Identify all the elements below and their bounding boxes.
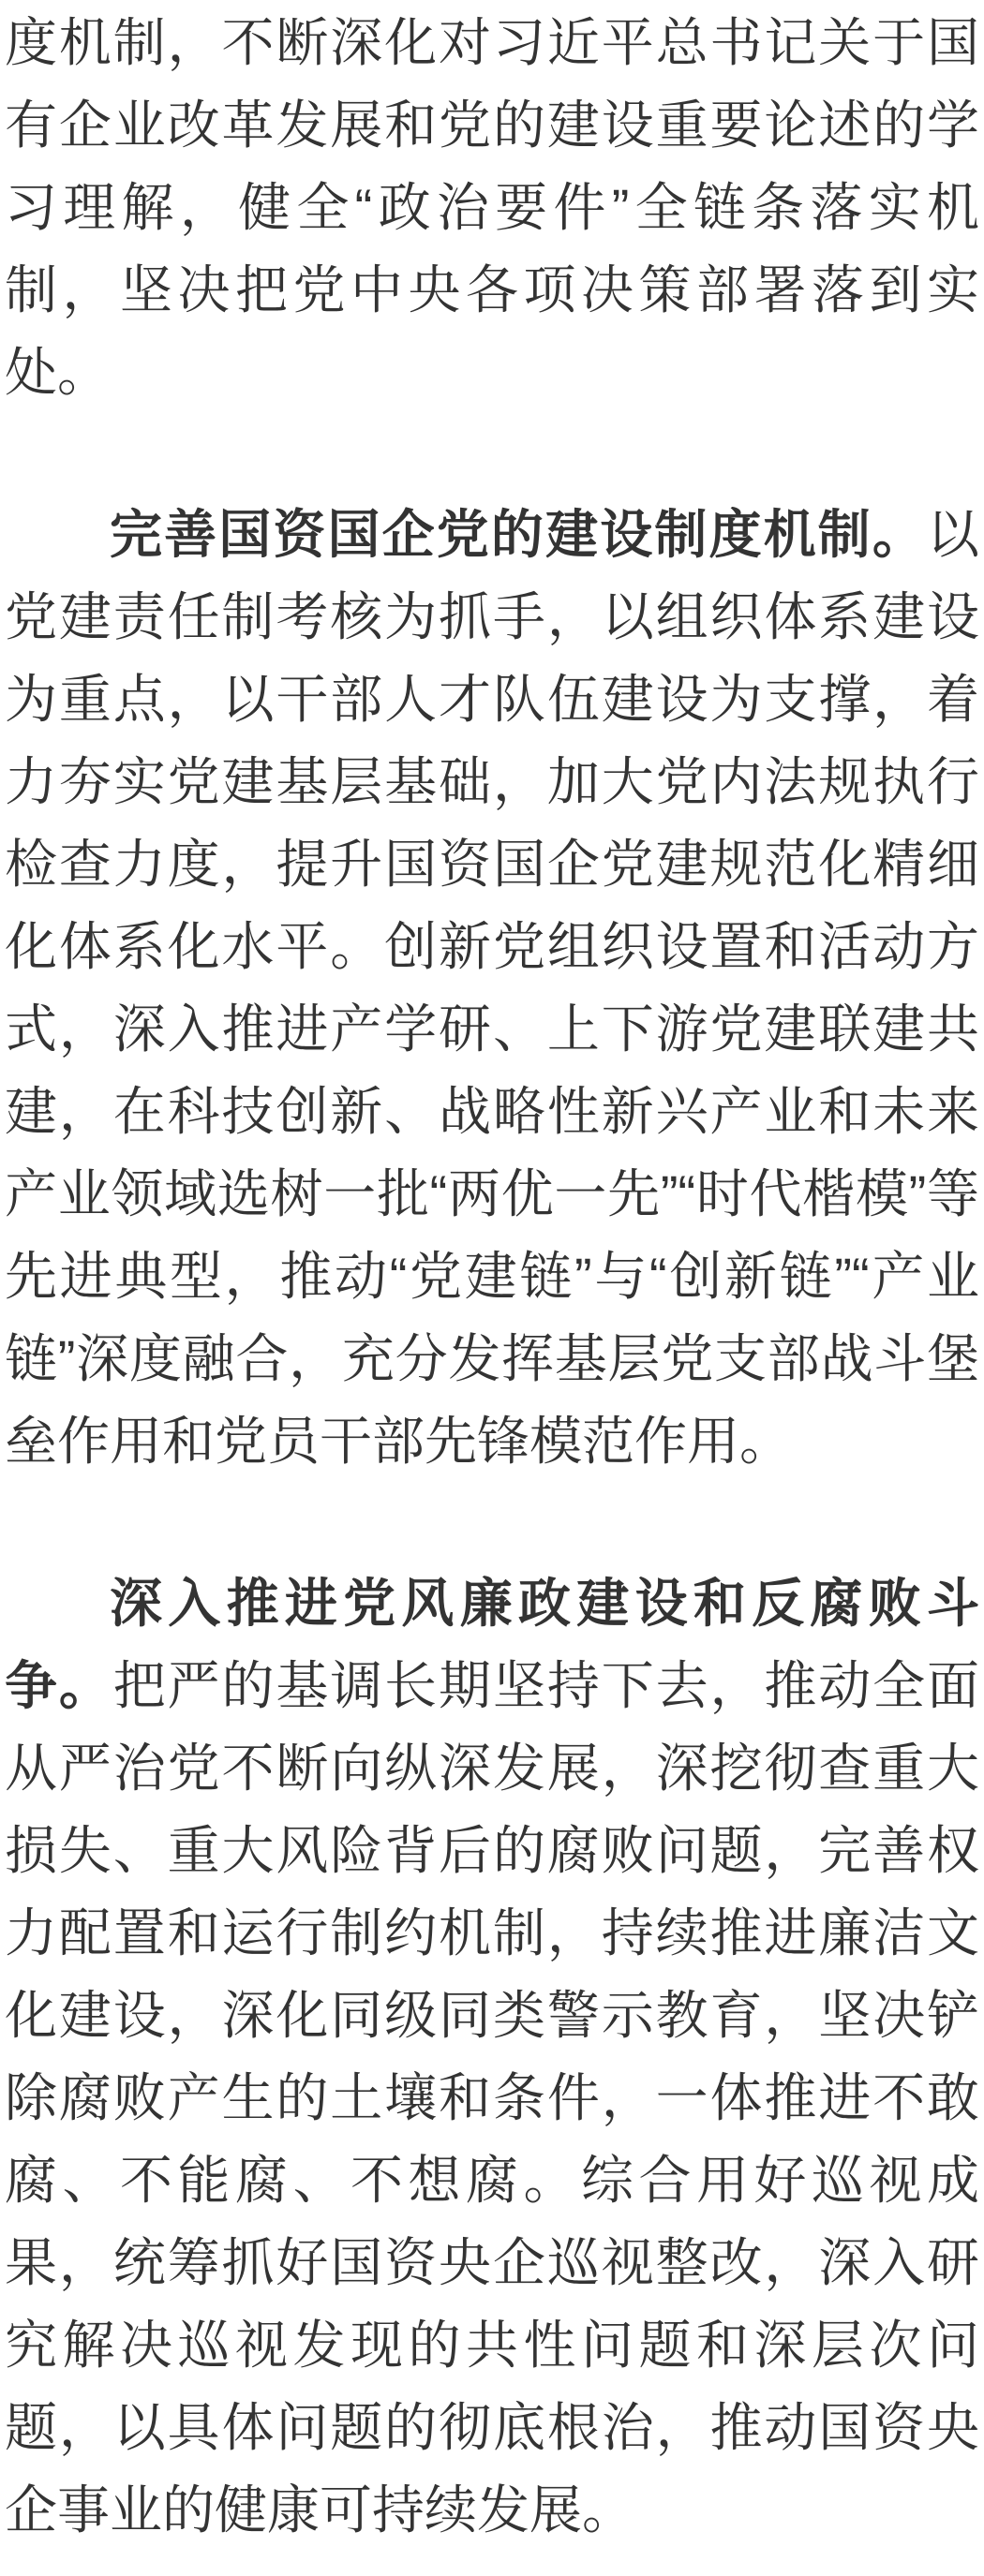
paragraph-anti-corruption: 深入推进党风廉政建设和反腐败斗争。把严的基调长期坚持下去，推动全面从严治党不断向… <box>5 1562 979 2552</box>
paragraph-continuation: 度机制，不断深化对习近平总书记关于国有企业改革发展和党的建设重要论述的学习理解，… <box>5 2 979 414</box>
page: { "page": { "background_color": "#ffffff… <box>0 0 984 2576</box>
paragraph-text: 以党建责任制考核为抓手，以组织体系建设为重点，以干部人才队伍建设为支撑，着力夯实… <box>5 505 979 1471</box>
article-body: 度机制，不断深化对习近平总书记关于国有企业改革发展和党的建设重要论述的学习理解，… <box>0 0 984 2552</box>
paragraph-party-building-system: 完善国资国企党的建设制度机制。以党建责任制考核为抓手，以组织体系建设为重点，以干… <box>5 494 979 1483</box>
paragraph-lead: 完善国资国企党的建设制度机制。 <box>110 505 927 564</box>
paragraph-text: 把严的基调长期坚持下去，推动全面从严治党不断向纵深发展，深挖彻查重大损失、重大风… <box>5 1656 979 2539</box>
paragraph-text: 度机制，不断深化对习近平总书记关于国有企业改革发展和党的建设重要论述的学习理解，… <box>5 13 979 402</box>
